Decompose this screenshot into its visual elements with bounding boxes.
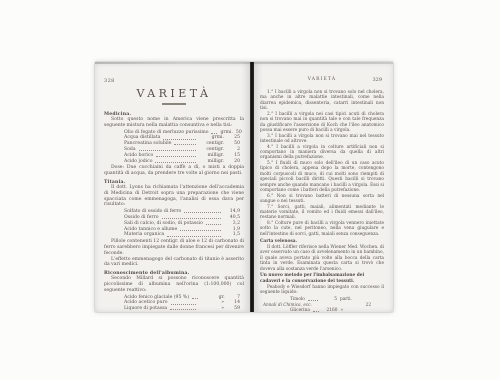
ingredient-name: Liquore di potassa [124, 306, 167, 312]
paragraph: Sotto questo nome in America viene presc… [104, 117, 244, 129]
section-heading-carta: Carta velenosa. [260, 239, 384, 244]
paragraph: Secondo Millard si possono riconoscere q… [104, 276, 244, 293]
amount-value: 59 [227, 306, 240, 312]
paragraph: Peabody e Wiesdorf hanno impiegato con s… [260, 285, 384, 296]
recipe-row: Liquore di potassa»59 [124, 306, 240, 312]
dot-leader [167, 236, 221, 237]
page-title: VARIETÀ [104, 87, 244, 100]
recipe-row: Materia organica1,5 [124, 232, 240, 238]
recipe-list-mixture: Olio di fegato di merluzzo purissimogrmi… [124, 130, 240, 165]
dot-leader [139, 150, 196, 151]
recipe-row: Acido jodicomilligr.20 [124, 159, 240, 165]
scanned-book-page: 328 VARIETÀ Medicina. Sotto questo nome … [0, 0, 500, 380]
paragraph: Dose: Due cucchiaini da caffè a dì, o mi… [104, 165, 244, 177]
signature-mark: 22 [366, 302, 371, 307]
paragraph: L'effetto emmenagogo del carbonato di ti… [104, 257, 244, 269]
numbered-paragraph: 7.° Sorci, gatti, maiali, alimentati med… [260, 205, 384, 221]
paragraph: Pillole contenenti 12 centigr. di aloe e… [104, 239, 244, 256]
numbered-paragraph: 6.° Non si trovano batteri di nessuna so… [260, 194, 384, 205]
unit-label: milligr. [199, 159, 224, 165]
dot-leader [163, 139, 196, 140]
journal-reference: Annali di Chimica, ecc. [263, 302, 312, 307]
left-page: 328 VARIETÀ Medicina. Sotto questo nome … [95, 62, 250, 312]
paragraph: Il dott. Löffler riferisce nella Wiener … [260, 245, 384, 272]
section-heading-albumina: Riconoscimento dell'albumina. [104, 271, 244, 276]
numbered-paragraph: 2.° I bacilli a virgola nei casi tipici … [260, 112, 384, 134]
dot-leader [170, 309, 196, 310]
dot-leader [211, 133, 217, 134]
title-rule [162, 103, 186, 105]
dot-leader [192, 298, 198, 299]
numbered-paragraph: 5.° I fluidi di muco solo dell'ileo di u… [260, 161, 384, 194]
numbered-paragraph: 1.° I bacilli a virgola non si trovano s… [260, 90, 384, 112]
unit-label: » [199, 306, 224, 312]
unit-label: » [340, 308, 356, 312]
numbered-paragraph: 3.° I bacilli a virgola non si trovano m… [260, 134, 384, 145]
section-heading-metodo: Un nuovo metodo per l'imbalsamazione dei… [260, 273, 384, 284]
paragraph: Il dott. Lyons ha richiamata l'attenzion… [104, 185, 244, 208]
dot-leader [184, 212, 221, 213]
running-head: VARIETÀ [260, 77, 384, 82]
dot-leader [206, 224, 221, 225]
page-footer: Annali di Chimica, ecc. 22 [263, 302, 385, 307]
amount-value: 20 [227, 159, 240, 165]
dot-leader [171, 304, 196, 305]
analysis-list: Solfato di ossido di ferro14,9 Ossido di… [124, 209, 240, 238]
right-page: VARIETÀ 329 1.° I bacilli a virgola non … [254, 62, 393, 312]
left-page-body: 328 VARIETÀ Medicina. Sotto questo nome … [95, 62, 250, 312]
ingredient-name: Acido jodico [124, 159, 152, 165]
numbered-paragraph: 8.° Colture pure di bacilli a virgola ve… [260, 221, 384, 237]
right-page-body: VARIETÀ 329 1.° I bacilli a virgola non … [254, 62, 393, 312]
ingredient-name: Materia organica [124, 232, 164, 238]
dot-leader [180, 230, 221, 231]
dot-leader [155, 162, 196, 163]
dot-leader [156, 156, 196, 157]
dot-leader [162, 218, 221, 219]
section-heading-medicina: Medicina. [104, 112, 244, 117]
amount-value: 1,5 [224, 232, 240, 238]
dot-leader [313, 311, 319, 312]
page-number-right: 329 [372, 77, 382, 83]
recipe-row: Glicerina2160» [290, 308, 356, 312]
dot-leader [174, 144, 196, 145]
reagent-list: Acido fenico glaciale (95 %)gr.7 Acido a… [124, 295, 240, 312]
ingredient-name: Glicerina [290, 308, 310, 312]
book-spread: 328 VARIETÀ Medicina. Sotto questo nome … [95, 62, 393, 312]
numbered-paragraph: 4.° I bacilli a virgola in colture artif… [260, 145, 384, 161]
amount-value: 2160 [322, 308, 338, 312]
section-heading-titania: Titania. [104, 180, 244, 185]
running-head-row: VARIETÀ 329 [260, 77, 384, 87]
page-number-left: 328 [104, 78, 244, 84]
